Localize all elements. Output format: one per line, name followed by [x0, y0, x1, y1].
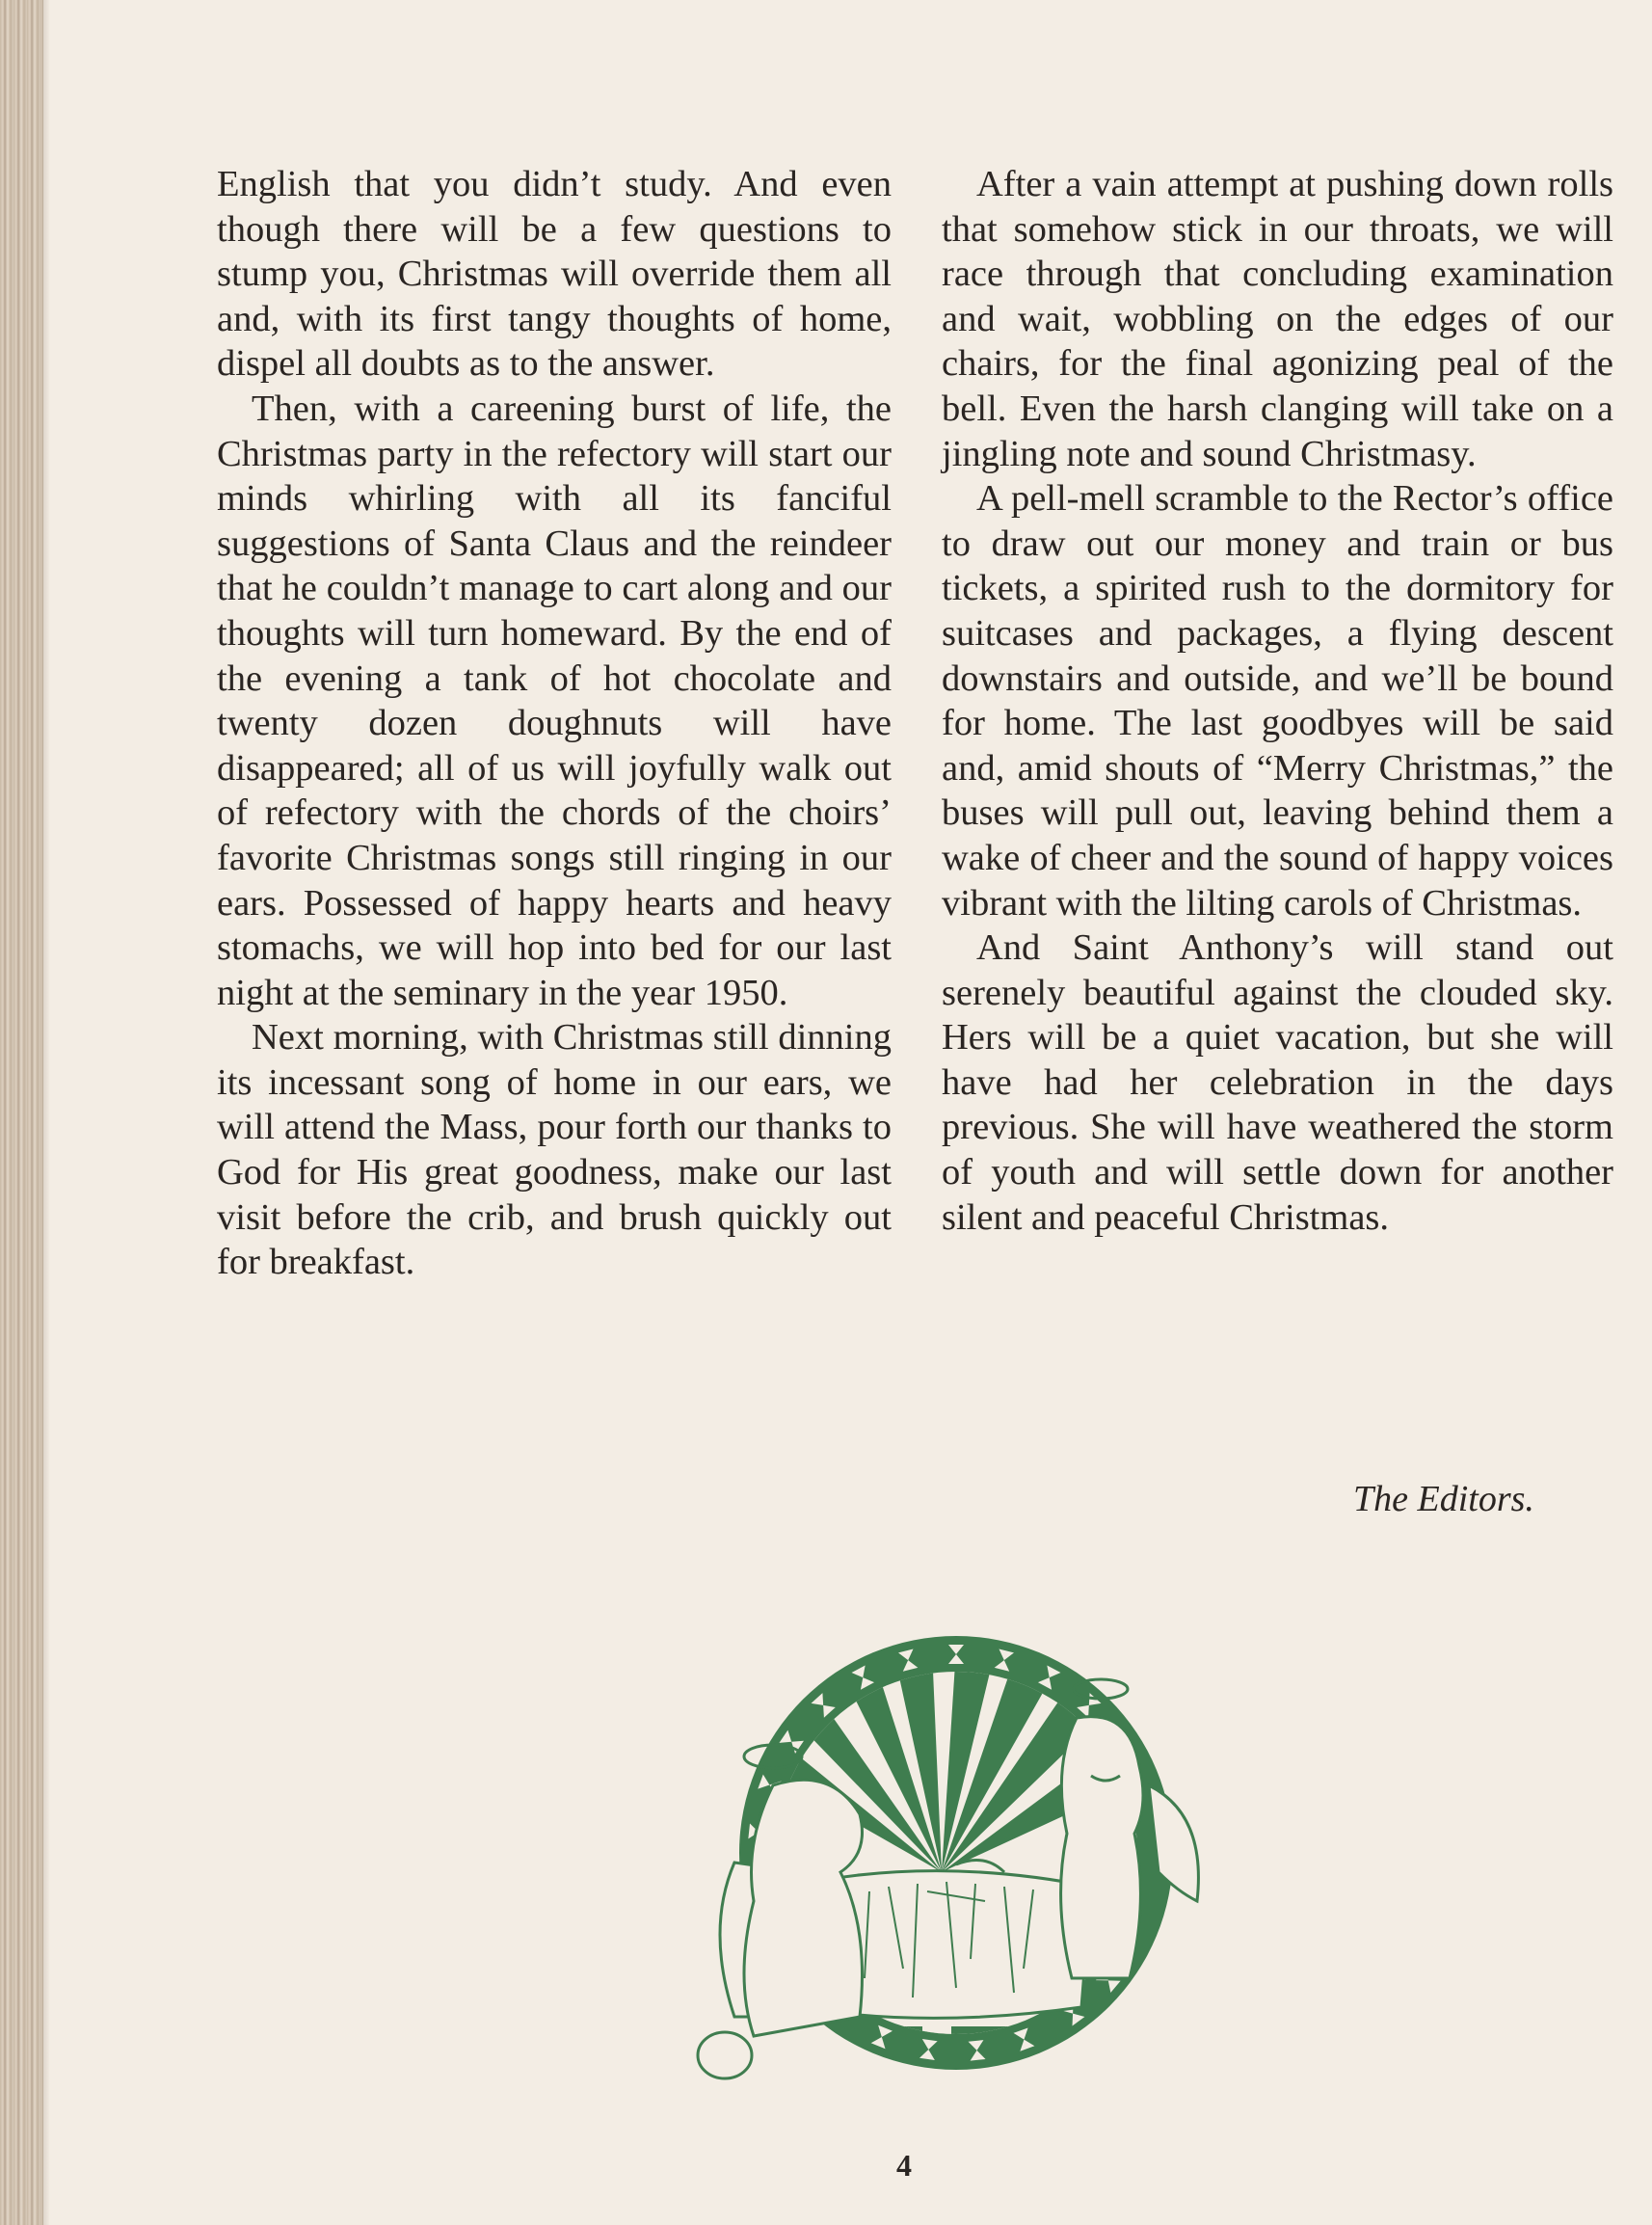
- paragraph: A pell-mell scramble to the Rec­tor’s of…: [942, 476, 1613, 925]
- page-number: 4: [896, 2148, 912, 2184]
- nativity-emblem-icon: [696, 1612, 1228, 2094]
- paragraph: And Saint Anthony’s will stand out seren…: [942, 925, 1613, 1240]
- paragraph: After a vain attempt at pushing down rol…: [942, 162, 1613, 476]
- book-binding-edge: [0, 0, 43, 2225]
- article-right-column: After a vain attempt at pushing down rol…: [942, 162, 1613, 1240]
- article-left-column: English that you didn’t study. And even …: [217, 162, 892, 1285]
- paragraph: Next morning, with Christmas still dinni…: [217, 1015, 892, 1285]
- paragraph: Then, with a careening burst of life, th…: [217, 387, 892, 1015]
- paragraph: English that you didn’t study. And even …: [217, 162, 892, 387]
- signature: The Editors.: [1353, 1478, 1534, 1520]
- nativity-angels-illustration: [696, 1612, 1228, 2094]
